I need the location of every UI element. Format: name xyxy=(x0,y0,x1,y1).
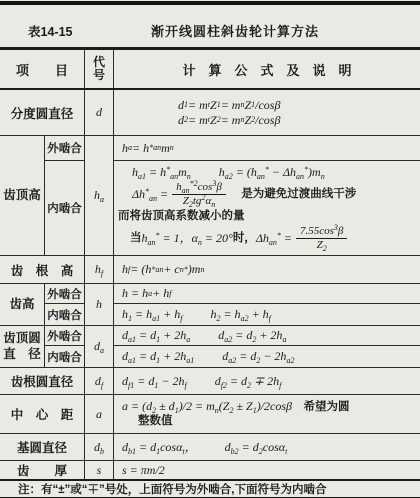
label-line: 直 径 xyxy=(3,347,41,363)
row-tooth-thickness: 齿 厚 s s = πm/2 xyxy=(0,461,420,479)
row-pitch-diameter: 分度圆直径 d d1 = mtZ1 = mnZ1/cosβ d2 = mtZ2 … xyxy=(0,90,420,136)
formula-line: hf = (h*an + cn*)mn xyxy=(122,262,412,277)
header-symbol-label: 代号 xyxy=(92,56,107,82)
formula-line: ha1 = h*anmn ha2 = (han* − Δhan*)mn xyxy=(118,165,416,180)
header-formula-column: 计 算 公 式 及 说 明 xyxy=(114,50,420,88)
condition-prefix: 当 xyxy=(130,231,142,245)
formula-part: da2 = d2 − 2ha2 xyxy=(222,349,294,364)
formula-annotation: 希望为圆 xyxy=(292,400,350,414)
row-dedendum: 齿 根 高 hf hf = (h*an + cn*)mn xyxy=(0,256,420,284)
label-dedendum: 齿 根 高 xyxy=(0,256,85,283)
formula-cell-pitch: d1 = mtZ1 = mnZ1/cosβ d2 = mtZ2 = mnZ2/c… xyxy=(114,90,420,135)
symbol-text: da xyxy=(94,339,104,354)
formula-cell-tip-diameter: da1 = d1 + 2ha da2 = d2 + 2ha da1 = d1 +… xyxy=(114,326,420,367)
row-tip-diameter: 齿顶圆 直 径 外啮合 内啮合 da da1 = d1 + 2ha da2 = … xyxy=(0,326,420,368)
formula-cell-addendum: ha = h*anmn ha1 = h*anmn ha2 = (han* − Δ… xyxy=(114,136,420,255)
formula-cell-root-diameter: df1 = d1 − 2hf df2 = d2 ∓ 2hf xyxy=(114,368,420,394)
row-whole-depth: 齿高 外啮合 内啮合 h h = ha + hf h1 = ha1 + hf h… xyxy=(0,284,420,326)
formula-part: ha2 = (han* − Δhan*)mn xyxy=(219,165,325,180)
formula-line: s = πm/2 xyxy=(122,463,412,478)
formula-annotation-line: 整数值 xyxy=(122,414,412,428)
symbol-text: ha xyxy=(94,188,104,203)
symbol-center-distance: a xyxy=(85,395,114,433)
formula-cell-center-distance: a = (d2 ± d1)/2 = mn(Z2 ± Z1)/2cosβ 希望为圆… xyxy=(114,395,420,433)
addendum-mesh-column: 外啮合 内啮合 xyxy=(45,136,85,255)
symbol-dedendum: hf xyxy=(85,256,114,283)
formula-line: df1 = d1 − 2hf df2 = d2 ∓ 2hf xyxy=(122,374,412,389)
row-addendum: 齿顶高 外啮合 内啮合 ha ha = h*anmn ha1 = h*anmn … xyxy=(0,136,420,256)
fraction: 7.55cos3β Z2 xyxy=(296,225,347,251)
symbol-text: df xyxy=(95,374,103,389)
sublabel-internal-mesh: 内啮合 xyxy=(45,161,84,255)
formula-part: df1 = d1 − 2hf xyxy=(122,374,187,389)
sublabel-external-mesh: 外啮合 xyxy=(45,136,84,161)
table-footnote: 注：有“±”或“∓”号处，上面符号为外啮合,下面符号为内啮合 xyxy=(0,481,420,498)
label-center-distance: 中 心 距 xyxy=(0,395,85,433)
formula-whole-internal: h1 = ha1 + hf h2 = ha2 + hf xyxy=(114,304,420,325)
label-addendum: 齿顶高 xyxy=(0,136,45,255)
label-tip-diameter: 齿顶圆 直 径 xyxy=(0,326,45,367)
fraction: han*2cos3β Z2tg2αn xyxy=(172,181,226,207)
fraction-numerator: 7.55cos3β xyxy=(296,225,347,239)
symbol-addendum: ha xyxy=(85,136,114,255)
formula-part: a = (d2 ± d1)/2 = mn(Z2 ± Z1)/2cosβ xyxy=(122,399,292,414)
sublabel-internal-mesh: 内啮合 xyxy=(45,304,84,325)
formula-tip-internal: da1 = d1 + 2ha1 da2 = d2 − 2ha2 xyxy=(114,346,420,367)
formula-cell-dedendum: hf = (h*an + cn*)mn xyxy=(114,256,420,283)
sublabel-external-mesh: 外啮合 xyxy=(45,284,84,304)
formula-part: Δhan* = xyxy=(256,231,292,246)
table-header-row: 项 目 代号 计 算 公 式 及 说 明 xyxy=(0,50,420,90)
formula-annotation-line: 而将齿顶高系数减小的量 xyxy=(118,209,416,223)
formula-part: da1 = d1 + 2ha xyxy=(122,328,190,343)
label-tooth-thickness: 齿 厚 xyxy=(0,461,85,479)
formula-tip-external: da1 = d1 + 2ha da2 = d2 + 2ha xyxy=(114,326,420,346)
formula-part: db2 = d2cosαt xyxy=(225,440,288,455)
formula-addendum-internal: ha1 = h*anmn ha2 = (han* − Δhan*)mn Δh*a… xyxy=(114,161,420,255)
formula-cell-whole-depth: h = ha + hf h1 = ha1 + hf h2 = ha2 + hf xyxy=(114,284,420,325)
calculation-table: 项 目 代号 计 算 公 式 及 说 明 分度圆直径 d d1 = mtZ1 =… xyxy=(0,47,420,481)
fraction-denominator: Z2 xyxy=(313,239,331,252)
symbol-text: h xyxy=(96,297,102,312)
symbol-base-diameter: db xyxy=(85,434,114,460)
tip-diameter-mesh-column: 外啮合 内啮合 xyxy=(45,326,85,367)
table-title: 渐开线圆柱斜齿轮计算方法 xyxy=(90,21,380,40)
formula-cell-tooth-thickness: s = πm/2 xyxy=(114,461,420,479)
formula-part: h2 = ha2 + hf xyxy=(210,307,270,322)
symbol-tip-diameter: da xyxy=(85,326,114,367)
symbol-root-diameter: df xyxy=(85,368,114,394)
symbol-text: s xyxy=(97,463,102,478)
symbol-text: hf xyxy=(95,262,103,277)
table-number: 表14-15 xyxy=(28,22,72,40)
formula-part: df2 = d2 ∓ 2hf xyxy=(215,374,282,389)
symbol-tooth-thickness: s xyxy=(85,461,114,479)
formula-cell-base-diameter: db1 = d1cosαt， db2 = d2cosαt xyxy=(114,434,420,460)
sublabel-internal-mesh: 内啮合 xyxy=(45,346,84,367)
condition-mid: 时， xyxy=(233,231,256,245)
formula-line: Δh*an = han*2cos3β Z2tg2αn 是为避免过渡曲线干涉 xyxy=(118,181,416,207)
formula-annotation: 是为避免过渡曲线干涉 xyxy=(230,187,357,201)
formula-line: d2 = mtZ2 = mnZ2/cosβ xyxy=(122,113,412,128)
formula-part: da1 = d1 + 2ha1 xyxy=(122,349,194,364)
symbol-text: d xyxy=(96,105,102,120)
formula-line: 当 han* = 1，αn = 20° 时， Δhan* = 7.55cos3β… xyxy=(118,225,416,251)
sublabel-external-mesh: 外啮合 xyxy=(45,326,84,346)
formula-whole-external: h = ha + hf xyxy=(114,284,420,304)
symbol-whole-depth: h xyxy=(85,284,114,325)
formula-line: da1 = d1 + 2ha1 da2 = d2 − 2ha2 xyxy=(118,349,416,364)
formula-part: h1 = ha1 + hf xyxy=(122,307,182,322)
formula-part: han* = 1，αn = 20° xyxy=(142,231,233,246)
header-item-column: 项 目 xyxy=(0,50,85,88)
label-line: 齿顶圆 xyxy=(3,331,41,347)
row-base-diameter: 基圆直径 db db1 = d1cosαt， db2 = d2cosαt xyxy=(0,434,420,461)
formula-line: h1 = ha1 + hf h2 = ha2 + hf xyxy=(118,307,416,322)
symbol-text: a xyxy=(96,407,102,422)
row-center-distance: 中 心 距 a a = (d2 ± d1)/2 = mn(Z2 ± Z1)/2c… xyxy=(0,395,420,434)
label-pitch-diameter: 分度圆直径 xyxy=(0,90,85,135)
formula-line: a = (d2 ± d1)/2 = mn(Z2 ± Z1)/2cosβ 希望为圆 xyxy=(122,399,412,414)
formula-addendum-external: ha = h*anmn xyxy=(114,136,420,161)
label-base-diameter: 基圆直径 xyxy=(0,434,85,460)
header-symbol-column: 代号 xyxy=(85,50,114,88)
formula-part: da2 = d2 + 2ha xyxy=(218,328,286,343)
formula-part: db1 = d1cosαt， xyxy=(122,440,197,455)
scanned-handbook-page: 表14-15 渐开线圆柱斜齿轮计算方法 项 目 代号 计 算 公 式 及 说 明… xyxy=(0,1,420,498)
formula-line: d1 = mtZ1 = mnZ1/cosβ xyxy=(122,98,412,113)
table-caption: 表14-15 渐开线圆柱斜齿轮计算方法 xyxy=(0,5,420,47)
formula-part: Δh*an = xyxy=(132,187,168,202)
fraction-denominator: Z2tg2αn xyxy=(179,195,219,208)
symbol-pitch-diameter: d xyxy=(85,90,114,135)
whole-depth-mesh-column: 外啮合 内啮合 xyxy=(45,284,85,325)
formula-part: ha1 = h*anmn xyxy=(132,165,191,180)
row-root-diameter: 齿根圆直径 df df1 = d1 − 2hf df2 = d2 ∓ 2hf xyxy=(0,368,420,395)
label-whole-depth: 齿高 xyxy=(0,284,45,325)
fraction-numerator: han*2cos3β xyxy=(172,181,226,195)
symbol-text: db xyxy=(94,440,104,455)
label-root-diameter: 齿根圆直径 xyxy=(0,368,85,394)
formula-line: db1 = d1cosαt， db2 = d2cosαt xyxy=(122,440,412,455)
